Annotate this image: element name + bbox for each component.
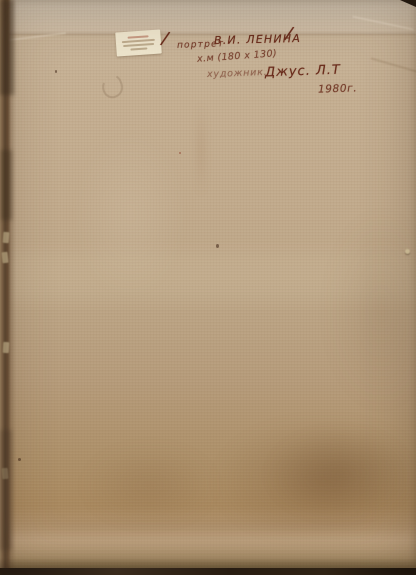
inscription-year: 1980г. [318, 82, 358, 95]
inscription: / портрет В.И. ЛЕНИНА / х.м (180 х 130) … [0, 0, 416, 575]
canvas-back-photo: / портрет В.И. ЛЕНИНА / х.м (180 х 130) … [0, 0, 416, 575]
inscription-artist-name: Джус. Л.Т [265, 63, 341, 81]
inscription-artist-label: художник. [207, 67, 268, 80]
inscription-slash-left: / [161, 29, 169, 50]
inscription-medium-dimensions: х.м (180 х 130) [197, 48, 278, 65]
